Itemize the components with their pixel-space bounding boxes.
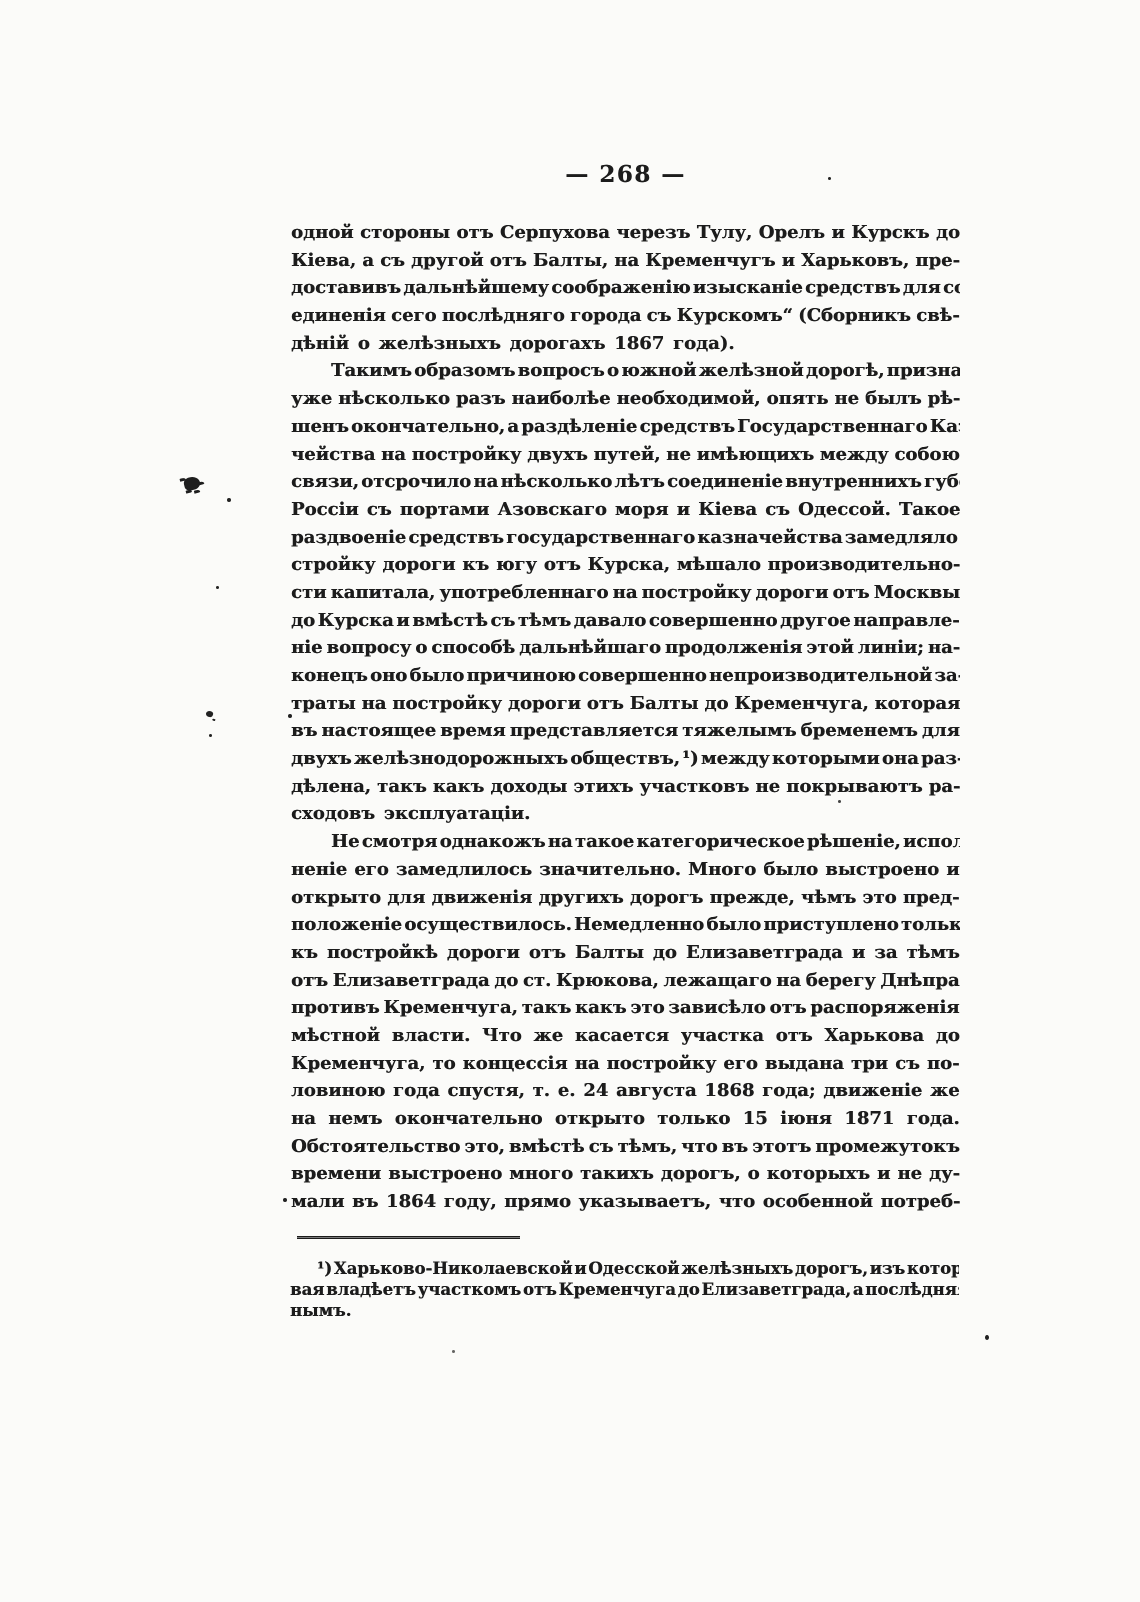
text-line: сходовъ эксплуатаціи.	[291, 800, 960, 828]
paragraph: одной стороны отъ Серпухова черезъ Тулу,…	[291, 219, 960, 357]
text-line-content: траты на постройку дороги отъ Балты до К…	[291, 690, 960, 718]
text-line: единенія сего послѣдняго города съ Курск…	[291, 302, 960, 330]
footnote-line-content: ¹) Харьково-Николаевской и Одесской желѣ…	[290, 1259, 959, 1280]
text-line-content: Обстоятельство это, вмѣстѣ съ тѣмъ, что …	[291, 1133, 960, 1161]
paragraph: Не смотря однакожъ на такое категорическ…	[291, 828, 960, 1216]
text-line-content: мали въ 1864 году, прямо указываетъ, что…	[291, 1188, 960, 1216]
ink-speck	[227, 498, 231, 502]
text-line: въ настоящее время представляется тяжелы…	[291, 717, 960, 745]
text-line: времени выстроено много такихъ дорогъ, о…	[291, 1160, 960, 1188]
book-page: — 268 — одной стороны отъ Серпухова чере…	[0, 0, 1140, 1602]
ink-speck	[828, 177, 831, 180]
text-line-content: дѣній о желѣзныхъ дорогахъ 1867 года).	[291, 330, 734, 358]
text-line: Кіева, а съ другой отъ Балты, на Кременч…	[291, 247, 960, 275]
text-line-content: шенъ окончательно, а раздѣленіе средствъ…	[291, 413, 960, 441]
text-line-content: сходовъ эксплуатаціи.	[291, 800, 530, 828]
text-line-content: неніе его замедлилось значительно. Много…	[291, 856, 960, 884]
footnote-line: нымъ.	[290, 1301, 959, 1322]
ink-speck	[283, 1198, 287, 1202]
ink-speck	[209, 734, 212, 737]
text-line-content: къ постройкѣ дороги отъ Балты до Елизаве…	[291, 939, 960, 967]
text-line-content: Кременчуга, то концессія на постройку ег…	[291, 1050, 960, 1078]
ink-speck	[452, 1350, 455, 1353]
text-line-content: ловиною года спустя, т. е. 24 августа 18…	[291, 1077, 960, 1105]
text-line: траты на постройку дороги отъ Балты до К…	[291, 690, 960, 718]
ink-speck	[838, 800, 841, 803]
text-line-content: сти капитала, употребленнаго на постройк…	[291, 579, 960, 607]
ink-speck	[216, 586, 219, 589]
footnote: ¹) Харьково-Николаевской и Одесской желѣ…	[290, 1259, 959, 1321]
text-line: одной стороны отъ Серпухова черезъ Тулу,…	[291, 219, 960, 247]
text-line-content: связи, отсрочило на нѣсколько лѣтъ соеди…	[291, 468, 960, 496]
text-line-content: дѣлена, такъ какъ доходы этихъ участковъ…	[291, 773, 960, 801]
ink-blot	[205, 710, 214, 718]
text-line: шенъ окончательно, а раздѣленіе средствъ…	[291, 413, 960, 441]
text-line-content: Не смотря однакожъ на такое категорическ…	[291, 828, 960, 856]
text-line-content: стройку дороги къ югу отъ Курска, мѣшало…	[291, 551, 960, 579]
footnote-line-content: нымъ.	[290, 1301, 351, 1322]
text-line: мѣстной власти. Что же касается участка …	[291, 1022, 960, 1050]
text-line-content: Россіи съ портами Азовскаго моря и Кіева…	[291, 496, 960, 524]
text-line-content: доставивъ дальнѣйшему соображенію изыска…	[291, 274, 960, 302]
paragraph: Такимъ образомъ вопросъ о южной желѣзной…	[291, 357, 960, 828]
text-line-content: ніе вопросу о способѣ дальнѣйшаго продол…	[291, 634, 960, 662]
text-line-content: одной стороны отъ Серпухова черезъ Тулу,…	[291, 219, 960, 247]
ink-speck	[985, 1335, 989, 1340]
text-line: положеніе осуществилось. Немедленно было…	[291, 911, 960, 939]
text-line-content: чейства на постройку двухъ путей, не имѣ…	[291, 441, 960, 469]
page-number: — 268 —	[291, 161, 960, 188]
text-line: на немъ окончательно открыто только 15 і…	[291, 1105, 960, 1133]
text-line: къ постройкѣ дороги отъ Балты до Елизаве…	[291, 939, 960, 967]
text-line: Не смотря однакожъ на такое категорическ…	[291, 828, 960, 856]
text-line: чейства на постройку двухъ путей, не имѣ…	[291, 441, 960, 469]
footnote-line: вая владѣетъ участкомъ отъ Кременчуга до…	[290, 1280, 959, 1301]
page: { "colors": { "paper": "#fbfbf9", "ink":…	[0, 0, 1140, 1602]
text-line-content: положеніе осуществилось. Немедленно было…	[291, 911, 960, 939]
text-line-content: противъ Кременчуга, такъ какъ это зависѣ…	[291, 994, 959, 1022]
text-line: дѣній о желѣзныхъ дорогахъ 1867 года).	[291, 330, 960, 358]
text-line: противъ Кременчуга, такъ какъ это зависѣ…	[291, 994, 960, 1022]
text-line-content: двухъ желѣзнодорожныхъ обществъ, ¹) межд…	[291, 745, 960, 773]
footnote-separator	[297, 1236, 520, 1239]
text-line: стройку дороги къ югу отъ Курска, мѣшало…	[291, 551, 960, 579]
text-line: мали въ 1864 году, прямо указываетъ, что…	[291, 1188, 960, 1216]
footnote-line-content: вая владѣетъ участкомъ отъ Кременчуга до…	[290, 1280, 959, 1301]
text-line-content: Такимъ образомъ вопросъ о южной желѣзной…	[291, 357, 960, 385]
text-line-content: открыто для движенія другихъ дорогъ преж…	[291, 884, 960, 912]
text-line: сти капитала, употребленнаго на постройк…	[291, 579, 960, 607]
text-line-content: въ настоящее время представляется тяжелы…	[291, 717, 960, 745]
text-line: неніе его замедлилось значительно. Много…	[291, 856, 960, 884]
text-line-content: до Курска и вмѣстѣ съ тѣмъ давало соверш…	[291, 607, 960, 635]
text-line: двухъ желѣзнодорожныхъ обществъ, ¹) межд…	[291, 745, 960, 773]
text-line-content: времени выстроено много такихъ дорогъ, о…	[291, 1160, 960, 1188]
text-line: ніе вопросу о способѣ дальнѣйшаго продол…	[291, 634, 960, 662]
text-block: одной стороны отъ Серпухова черезъ Тулу,…	[291, 219, 960, 1216]
text-line: раздвоеніе средствъ государственнаго каз…	[291, 524, 960, 552]
text-line-content: раздвоеніе средствъ государственнаго каз…	[291, 524, 960, 552]
text-line-content: мѣстной власти. Что же касается участка …	[291, 1022, 960, 1050]
text-line: дѣлена, такъ какъ доходы этихъ участковъ…	[291, 773, 960, 801]
text-line: уже нѣсколько разъ наиболѣе необходимой,…	[291, 385, 960, 413]
text-line: Россіи съ портами Азовскаго моря и Кіева…	[291, 496, 960, 524]
text-line-content: Кіева, а съ другой отъ Балты, на Кременч…	[291, 247, 960, 275]
text-line: Кременчуга, то концессія на постройку ег…	[291, 1050, 960, 1078]
text-line-content: конецъ оно было причиною совершенно непр…	[291, 662, 960, 690]
text-line-content: уже нѣсколько разъ наиболѣе необходимой,…	[291, 385, 960, 413]
text-line: доставивъ дальнѣйшему соображенію изыска…	[291, 274, 960, 302]
footnote-line: ¹) Харьково-Николаевской и Одесской желѣ…	[290, 1259, 959, 1280]
text-line: Такимъ образомъ вопросъ о южной желѣзной…	[291, 357, 960, 385]
text-line: связи, отсрочило на нѣсколько лѣтъ соеди…	[291, 468, 960, 496]
text-line-content: на немъ окончательно открыто только 15 і…	[291, 1105, 960, 1133]
text-line-content: единенія сего послѣдняго города съ Курск…	[291, 302, 960, 330]
text-line: до Курска и вмѣстѣ съ тѣмъ давало соверш…	[291, 607, 960, 635]
ink-blot	[183, 475, 202, 491]
text-line: Обстоятельство это, вмѣстѣ съ тѣмъ, что …	[291, 1133, 960, 1161]
ink-speck	[288, 714, 292, 718]
text-line: открыто для движенія другихъ дорогъ преж…	[291, 884, 960, 912]
text-line-content: отъ Елизаветграда до ст. Крюкова, лежаща…	[291, 967, 960, 995]
text-line: конецъ оно было причиною совершенно непр…	[291, 662, 960, 690]
text-line: ловиною года спустя, т. е. 24 августа 18…	[291, 1077, 960, 1105]
text-line: отъ Елизаветграда до ст. Крюкова, лежаща…	[291, 967, 960, 995]
